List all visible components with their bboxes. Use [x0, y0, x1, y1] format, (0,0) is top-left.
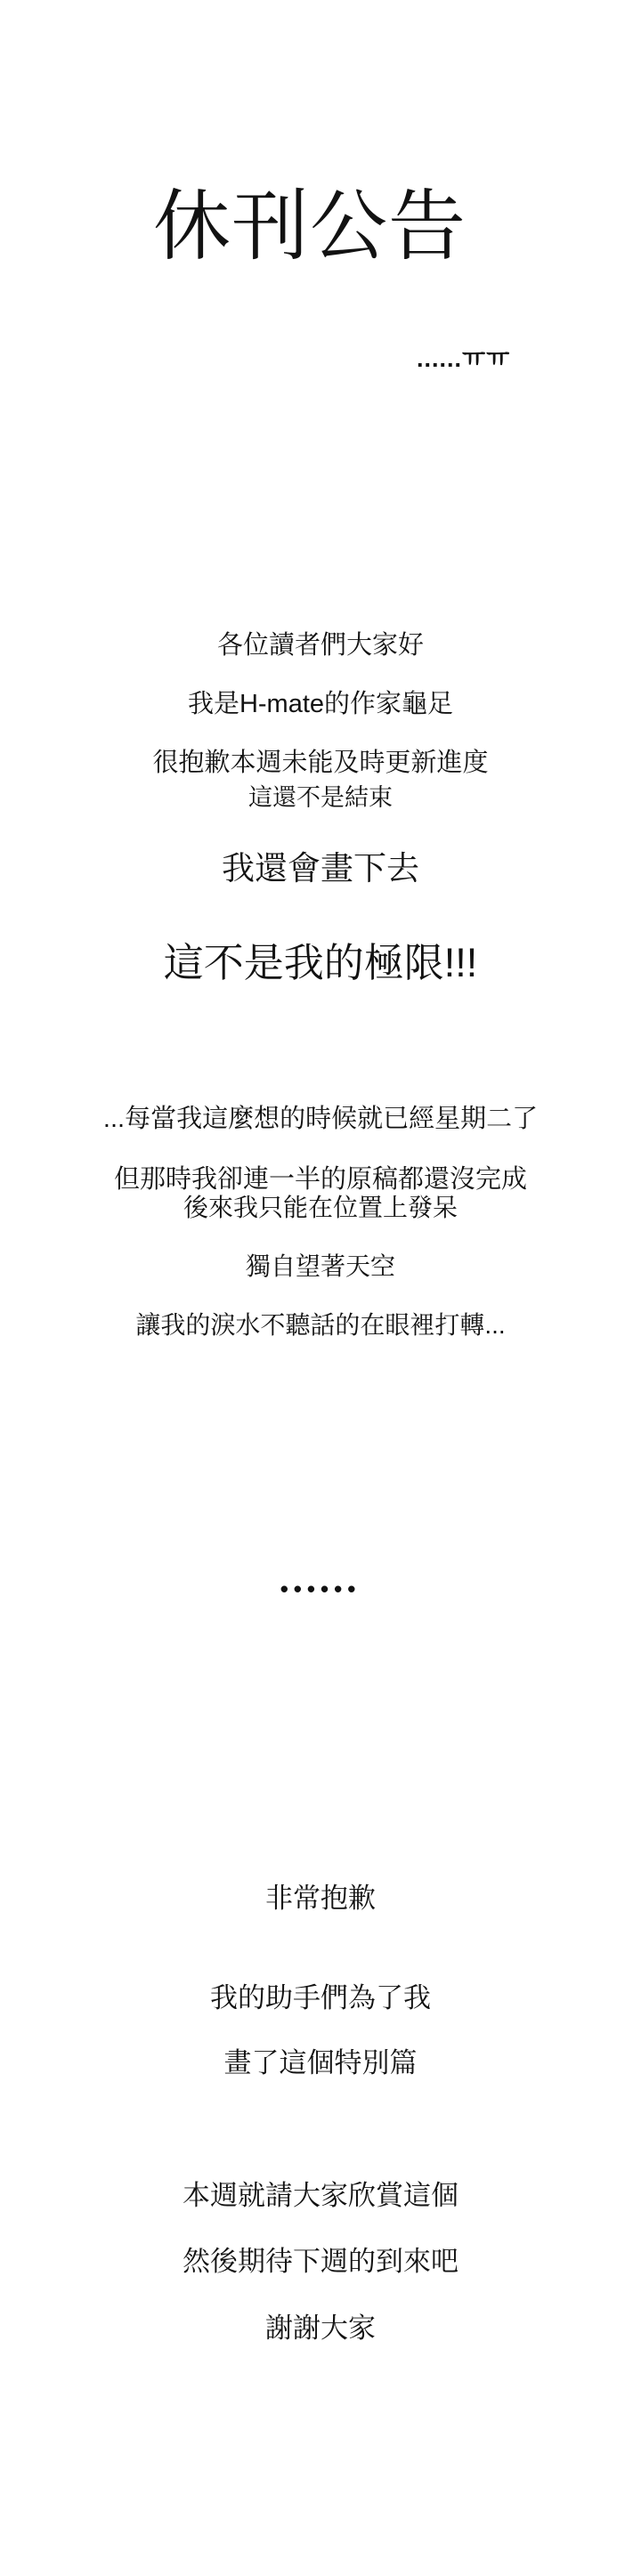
line-assistants: 我的助手們為了我	[0, 1981, 641, 2015]
tuesday-line-1: ...每當我這麼想的時候就已經星期二了	[0, 1104, 641, 1134]
line-special-episode: 畫了這個特別篇	[0, 2046, 641, 2080]
crying-emoticon-text: ......ㅠㅠ	[417, 339, 510, 374]
line-thanks-everyone: 謝謝大家	[0, 2312, 641, 2345]
ellipsis-dots: ••••••	[0, 1576, 641, 1602]
intro-line-3: 很抱歉本週未能及時更新進度	[0, 749, 641, 778]
intro-paragraph: 各位讀者們大家好 我是H-mate的作家龜足 很抱歉本週未能及時更新進度	[0, 602, 641, 807]
staring-paragraph: 後來我只能在位置上發呆 獨自望著天空 讓我的淚水不聽話的在眼裡打轉...	[0, 1163, 641, 1369]
line-very-sorry: 非常抱歉	[0, 1882, 641, 1916]
line-not-my-limit: 這不是我的極限!!!	[0, 940, 641, 986]
staring-line-2: 獨自望著天空	[0, 1252, 641, 1281]
announcement-page: 休刊公告 ......ㅠㅠ 各位讀者們大家好 我是H-mate的作家龜足 很抱歉…	[0, 0, 641, 2576]
staring-line-1: 後來我只能在位置上發呆	[0, 1193, 641, 1222]
intro-line-2: 我是H-mate的作家龜足	[0, 690, 641, 719]
staring-line-3: 讓我的淚水不聽話的在眼裡打轉...	[0, 1310, 641, 1340]
page-title: 休刊公告	[0, 183, 630, 270]
line-await-next-week: 然後期待下週的到來吧	[0, 2245, 641, 2279]
intro-line-1: 各位讀者們大家好	[0, 631, 641, 660]
line-keep-drawing: 我還會畫下去	[0, 849, 641, 888]
line-not-the-end: 這還不是結束	[0, 783, 641, 812]
line-enjoy-this-week: 本週就請大家欣賞這個	[0, 2179, 641, 2213]
